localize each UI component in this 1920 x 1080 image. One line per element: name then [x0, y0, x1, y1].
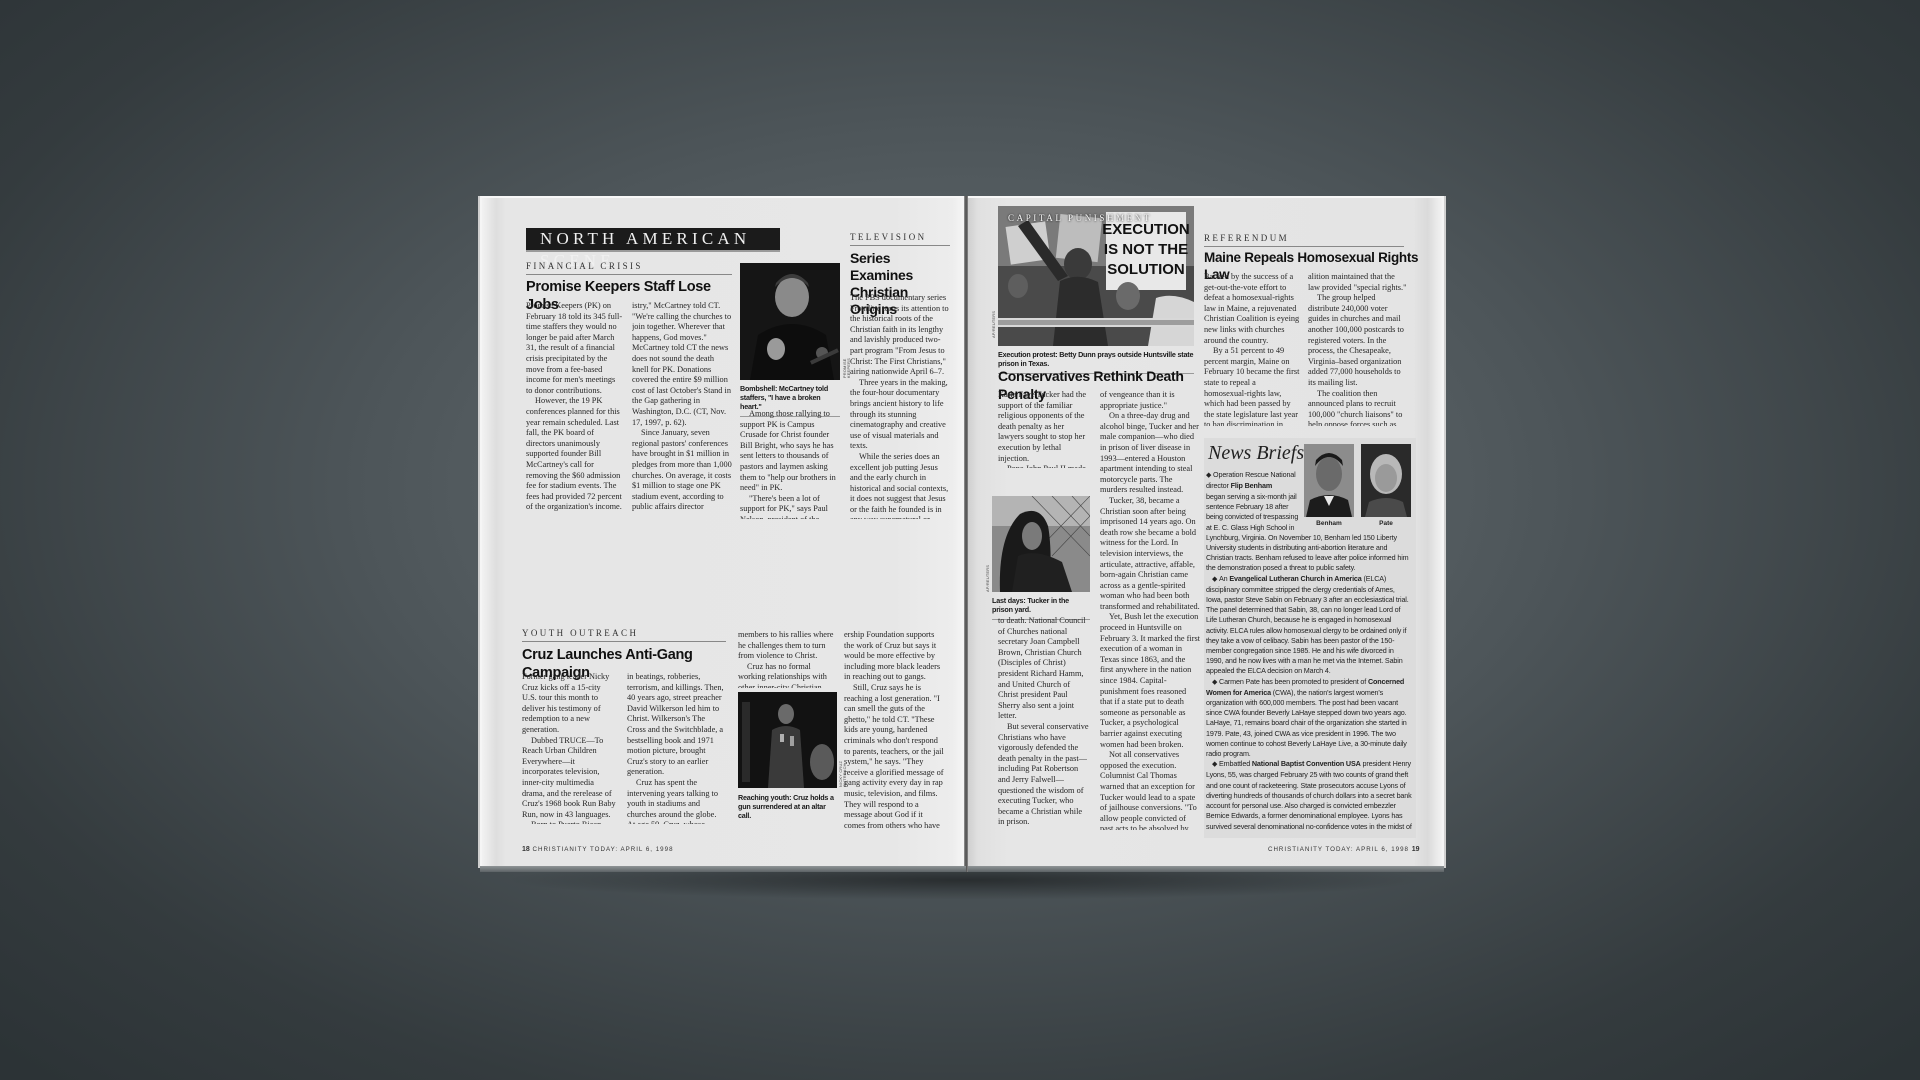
paragraph: Since January, seven regional pastors' c… [632, 428, 732, 511]
left-page: NORTH AMERICAN SCENE FINANCIAL CRISIS Pr… [480, 196, 967, 868]
paragraph: Cruz has spent the intervening years tal… [627, 778, 725, 824]
pk-column-3: Among those rallying to support PK is Ca… [740, 409, 840, 519]
paragraph: Karla Faye Tucker had the support of the… [998, 390, 1090, 464]
capital-punishment-kicker: CAPITAL PUNISHMENT [1008, 213, 1152, 226]
diamond-bullet-icon: ◆ [1212, 679, 1219, 686]
left-footer: 18 CHRISTIANITY TODAY: APRIL 6, 1998 [522, 846, 674, 853]
protest-photo-credit: AP/REUTERS [992, 308, 996, 338]
paragraph: Yet, Bush let the execution proceed in H… [1100, 612, 1200, 750]
news-brief-1-intro: ◆ Operation Rescue National director Fli… [1206, 470, 1302, 491]
left-page-edge [480, 866, 966, 872]
paragraph: Former gang leader Nicky Cruz kicks off … [522, 672, 617, 736]
paragraph: Not all conservatives opposed the execut… [1100, 750, 1200, 830]
maine-column-2: alition maintained that the law provided… [1308, 272, 1408, 426]
paragraph: alition maintained that the law provided… [1308, 272, 1408, 293]
paragraph: Backed by the success of a get-out-the-v… [1204, 272, 1300, 346]
brief-text: Carmen Pate has been promoted to preside… [1219, 677, 1368, 686]
paragraph: Promise Keepers (PK) on February 18 told… [526, 301, 623, 396]
paragraph: in beatings, robberies, terrorism, and k… [627, 672, 725, 778]
footer-text: CHRISTIANITY TODAY: APRIL 6, 1998 [533, 846, 674, 853]
tv-kicker: TELEVISION [850, 232, 950, 246]
right-page-edge [968, 866, 1444, 872]
cruz-gun-photo-icon [738, 692, 837, 788]
diamond-bullet-icon: ◆ [1212, 761, 1219, 768]
cruz-column-4: ership Foundation supports the work of C… [844, 630, 944, 830]
paragraph: of vengeance than it is appropriate just… [1100, 390, 1200, 411]
paragraph: Cruz has no formal working relationships… [738, 662, 834, 688]
cruz-photo [738, 692, 837, 788]
pk-kicker: FINANCIAL CRISIS [526, 261, 732, 275]
cruz-kicker: YOUTH OUTREACH [522, 628, 726, 642]
brief-text: (CWA), the nation's largest women's orga… [1206, 688, 1407, 758]
page-number: 18 [522, 846, 530, 853]
paragraph: However, the 19 PK conferences planned f… [526, 396, 623, 511]
tv-body: The PBS documentary series Frontline tur… [850, 293, 950, 519]
brief-bold-name: Flip Benham [1231, 481, 1272, 490]
news-brief-2: ◆ An Evangelical Lutheran Church in Amer… [1206, 574, 1412, 677]
news-briefs-title: News Briefs [1208, 442, 1304, 465]
paragraph: Pope John Paul II made a plea for clemen… [998, 464, 1090, 468]
diamond-bullet-icon: ◆ [1212, 576, 1219, 583]
dp-column-1b: to death. National Council of Churches n… [998, 616, 1090, 826]
footer-text: CHRISTIANITY TODAY: APRIL 6, 1998 [1268, 846, 1409, 853]
maine-column-1: Backed by the success of a get-out-the-v… [1204, 272, 1300, 426]
mug-float-spacer [1300, 492, 1412, 530]
brief-bold-name: National Baptist Convention USA [1252, 759, 1361, 768]
svg-text:IS NOT THE: IS NOT THE [1104, 241, 1188, 258]
news-briefs-box: News Briefs Benham Pate ◆ Operation Resc… [1204, 438, 1416, 838]
paragraph: ership Foundation supports the work of C… [844, 630, 944, 683]
paragraph: But several conservative Christians who … [998, 722, 1090, 826]
brief-text: president Henry Lyons, 55, was charged F… [1206, 759, 1412, 832]
paragraph: Dubbed TRUCE—To Reach Urban Children Eve… [522, 736, 617, 821]
cruz-photo-caption: Reaching youth: Cruz holds a gun surrend… [738, 793, 837, 825]
paragraph: members to his rallies where he challeng… [738, 630, 834, 662]
brief-text: (ELCA) disciplinary committee stripped t… [1206, 574, 1409, 676]
paragraph: Three years in the making, the four-hour… [850, 378, 950, 452]
dp-column-2: of vengeance than it is appropriate just… [1100, 390, 1200, 830]
tucker-photo-credit: AP/REUTERS [986, 558, 990, 592]
mccartney-portrait-icon [740, 263, 840, 380]
diamond-bullet-icon: ◆ [1206, 472, 1213, 479]
brief-text: Embattled [1219, 759, 1252, 768]
cruz-column-2: in beatings, robberies, terrorism, and k… [627, 672, 725, 824]
news-briefs-list: began serving a six-month jail sentence … [1206, 492, 1412, 832]
tucker-prison-yard-icon [992, 496, 1090, 592]
section-banner: NORTH AMERICAN SCENE [526, 228, 780, 250]
pk-column-2: istry," McCartney told CT. "We're callin… [632, 301, 732, 511]
paragraph: By a 51 percent to 49 percent margin, Ma… [1204, 346, 1300, 426]
pk-column-1: Promise Keepers (PK) on February 18 told… [526, 301, 623, 511]
protest-photo-icon: EXECUTION IS NOT THE SOLUTION [998, 206, 1194, 346]
cruz-column-1: Former gang leader Nicky Cruz kicks off … [522, 672, 617, 824]
dp-column-1: Karla Faye Tucker had the support of the… [998, 390, 1090, 468]
brief-text: An [1219, 574, 1229, 583]
paragraph: On a three-day drug and alcohol binge, T… [1100, 411, 1200, 496]
maine-kicker: REFERENDUM [1204, 233, 1404, 247]
right-page: EXECUTION IS NOT THE SOLUTION CAPITAL PU… [968, 196, 1444, 868]
tucker-photo [992, 496, 1090, 592]
brief-bold-name: Evangelical Lutheran Church in America [1229, 574, 1361, 583]
page-number: 19 [1412, 846, 1420, 853]
paragraph: Born to Puerto Rican parents who practic… [522, 820, 617, 824]
paragraph: The PBS documentary series Frontline tur… [850, 293, 950, 378]
paragraph: Still, Cruz says he is reaching a lost g… [844, 683, 944, 830]
mccartney-photo [740, 263, 840, 380]
paragraph: Among those rallying to support PK is Ca… [740, 409, 840, 494]
paragraph: The group helped distribute 240,000 vote… [1308, 293, 1408, 388]
news-brief-4: ◆ Embattled National Baptist Convention … [1206, 759, 1412, 832]
paragraph: "There's been a lot of support for PK," … [740, 494, 840, 519]
paragraph: to death. National Council of Churches n… [998, 616, 1090, 722]
paragraph: While the series does an excellent job p… [850, 452, 950, 519]
paragraph: istry," McCartney told CT. "We're callin… [632, 301, 732, 428]
protest-photo: EXECUTION IS NOT THE SOLUTION [998, 206, 1194, 346]
paragraph: Tucker, 38, became a Christian soon afte… [1100, 496, 1200, 613]
svg-text:SOLUTION: SOLUTION [1107, 261, 1185, 278]
right-footer: CHRISTIANITY TODAY: APRIL 6, 1998 19 [1268, 846, 1420, 853]
cruz-column-3: members to his rallies where he challeng… [738, 630, 834, 688]
paragraph: The coalition then announced plans to re… [1308, 389, 1408, 426]
news-brief-3: ◆ Carmen Pate has been promoted to presi… [1206, 677, 1412, 760]
